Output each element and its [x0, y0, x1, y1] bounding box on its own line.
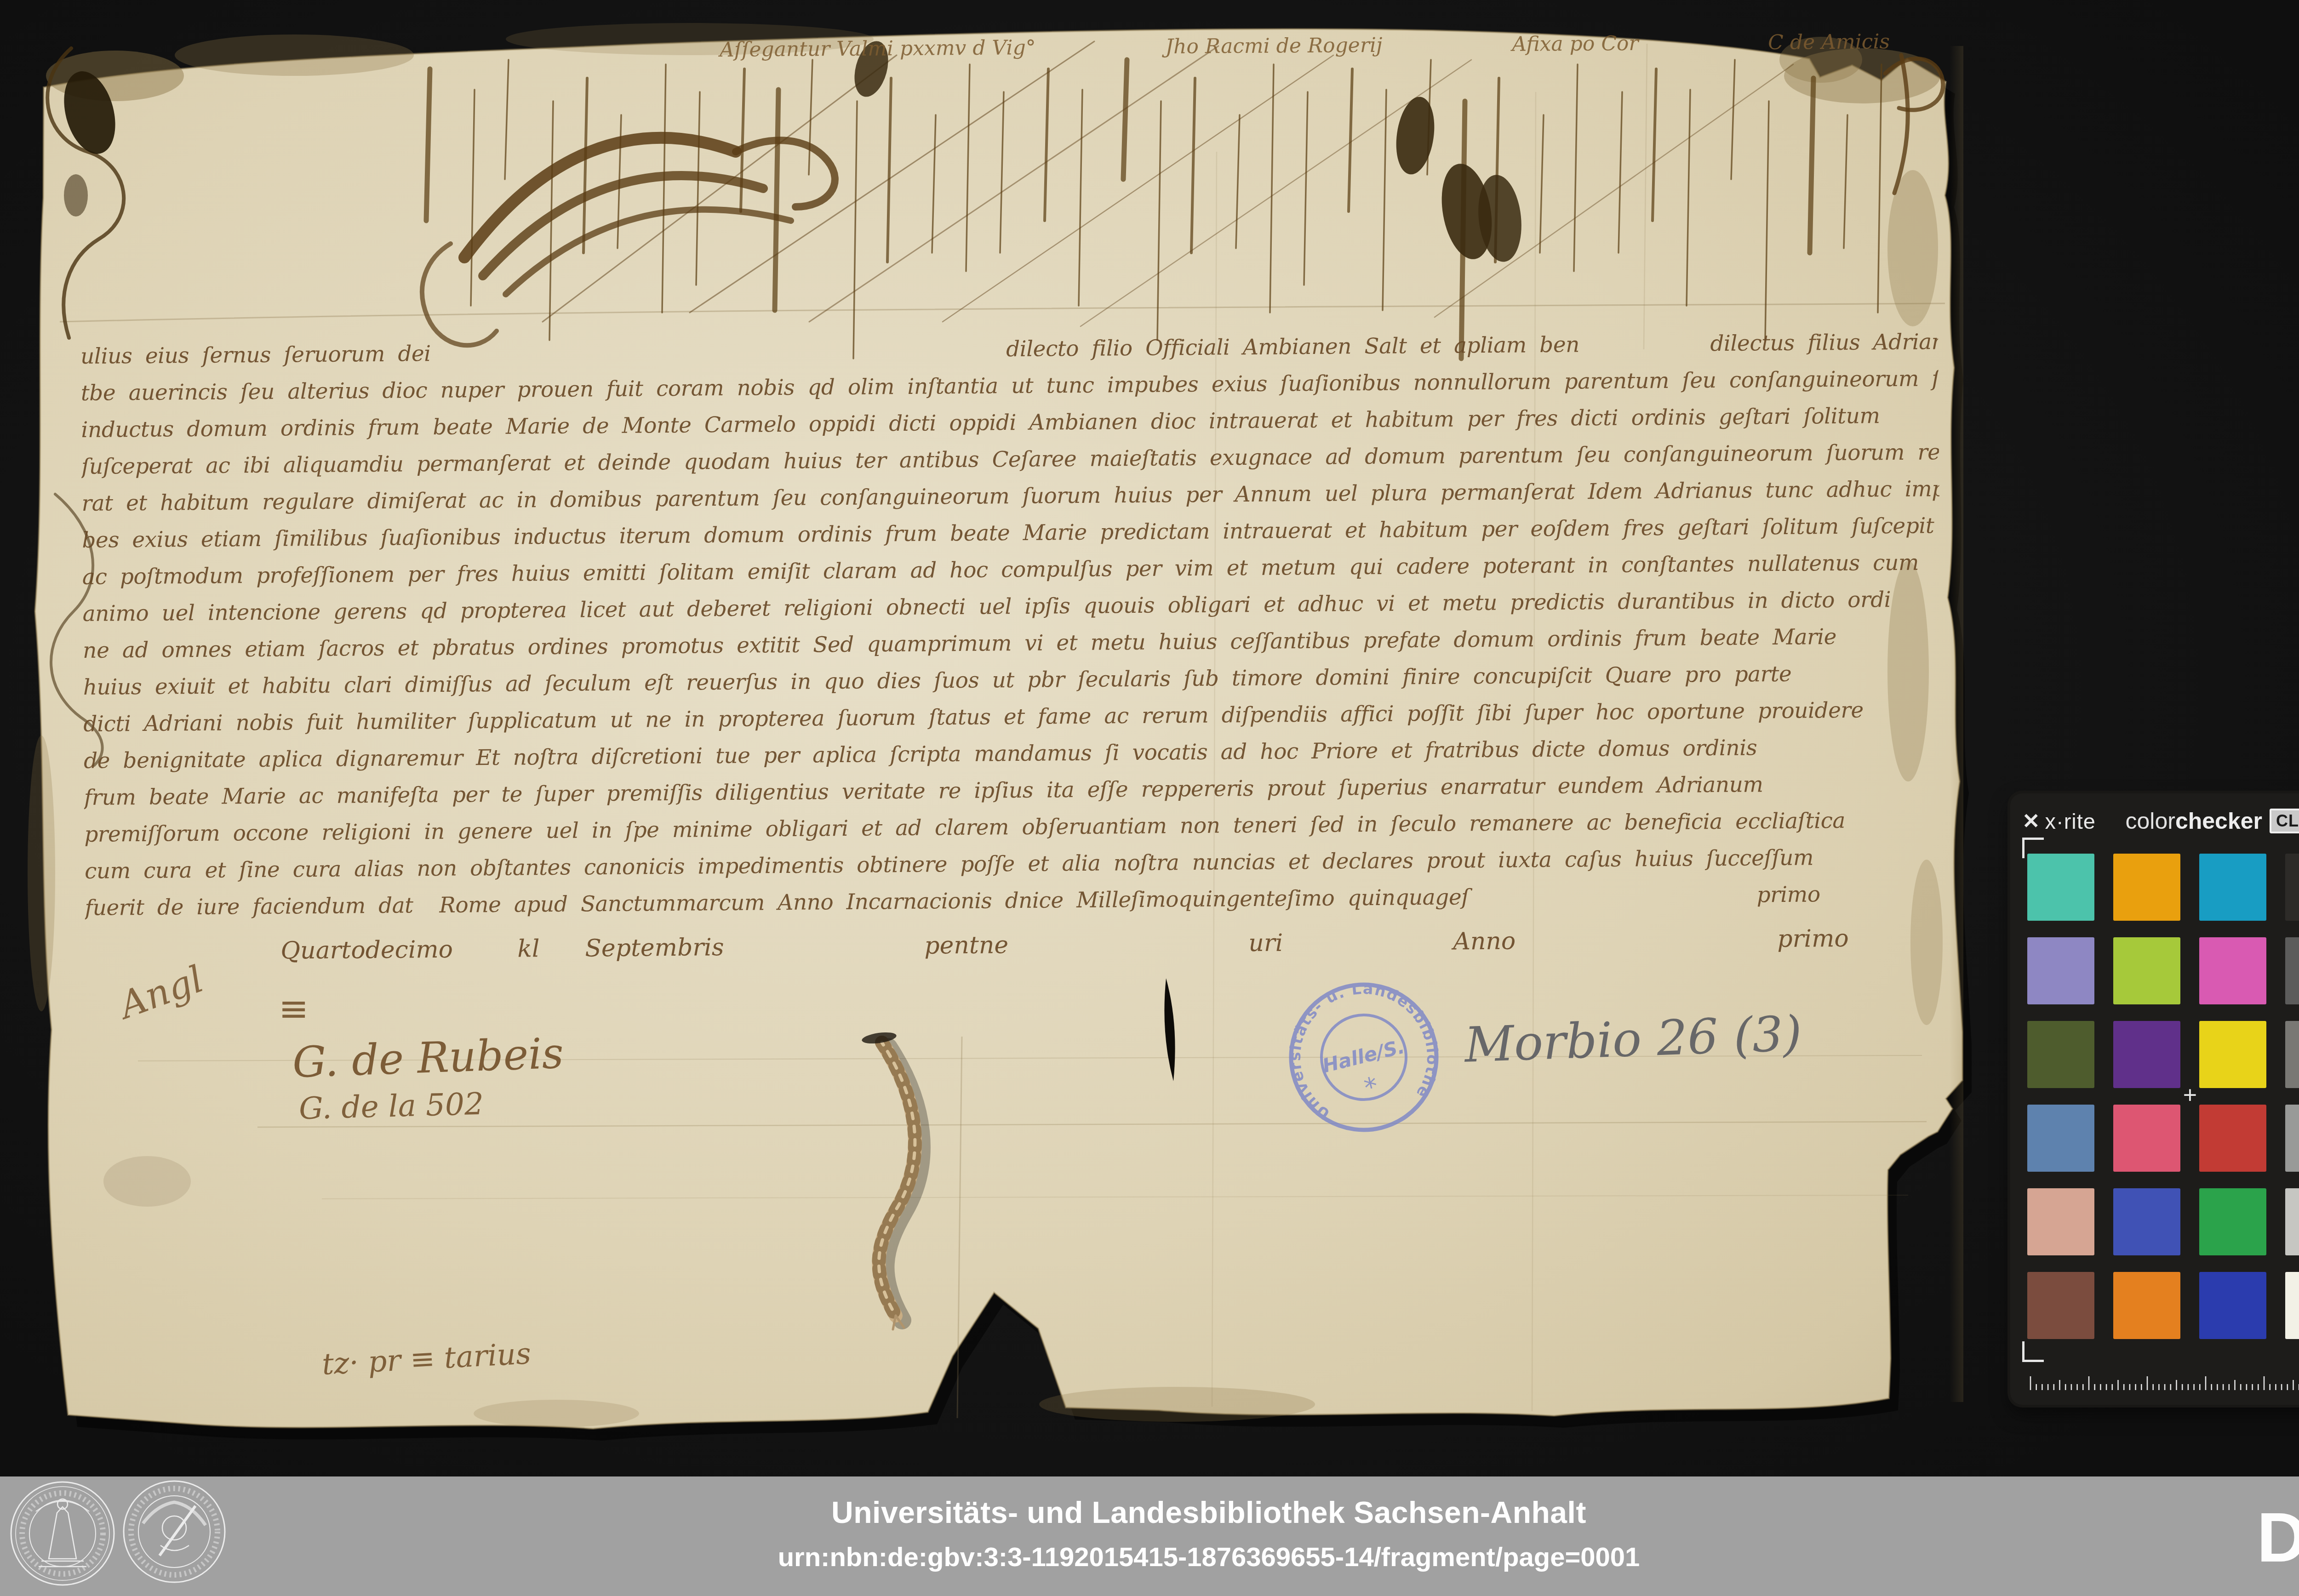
date-word: Anno	[1453, 928, 1516, 956]
digitized-charter-photo: Universitäts- u. Landesbibliothek Halle/…	[0, 0, 2299, 1596]
colorchecker-patch-r2c1	[2027, 937, 2094, 1004]
manuscript-line: de benignitate aplica dignaremur Et noſt…	[84, 735, 1757, 774]
center-cross-mark: +	[2179, 1084, 2202, 1107]
title-color: color	[2126, 808, 2175, 834]
date-word: uri	[1248, 929, 1283, 958]
manuscript-line: animo uel intencione gerens qd propterea…	[82, 587, 1891, 627]
xrite-brand-text: x·rite	[2045, 809, 2096, 834]
manuscript-line: ac poſtmodum profeſſionem per fres huius…	[82, 550, 1919, 590]
colorchecker-patch-r5c4	[2285, 1188, 2299, 1255]
shelfmark: Morbio 26 (3)	[1464, 1005, 1803, 1073]
colorchecker-patch-r1c3	[2199, 854, 2266, 921]
manuscript-line: premiſſorum occone religioni in genere u…	[84, 808, 1845, 847]
colorchecker-patch-r3c3	[2199, 1021, 2266, 1088]
colorchecker-patch-r6c2	[2113, 1272, 2180, 1339]
library-name: Universitäts- und Landesbibliothek Sachs…	[0, 1495, 2299, 1530]
colorchecker-patch-r1c1	[2027, 854, 2094, 921]
manuscript-line: cum cura et ſine cura alias non obſtante…	[85, 845, 1813, 884]
manuscript-line: ſuſceperat ac ibi aliquamdiu permanſerat…	[81, 439, 1943, 479]
colorchecker-patch-r6c3	[2199, 1272, 2266, 1339]
colorchecker-patch-r4c2	[2113, 1105, 2180, 1172]
xrite-x-icon: ✕	[2022, 809, 2041, 833]
manuscript-line: frum beate Marie ac manifeſta per te ſup…	[84, 772, 1763, 810]
colorchecker-patch-r3c2	[2113, 1021, 2180, 1088]
manuscript-line: fuerit de iure faciendum dat Rome apud S…	[85, 882, 1820, 921]
manuscript-line: rat et habitum regulare dimiſerat ac in …	[82, 476, 1944, 516]
manuscript-text-block: ulius eius ſernus ſeruorum dei dilecto f…	[80, 329, 1943, 997]
colorchecker-patch-r4c1	[2027, 1105, 2094, 1172]
date-word: Quartodecimo	[280, 936, 453, 965]
urn-identifier: urn:nbn:de:gbv:3:3-1192015415-1876369655…	[0, 1542, 2299, 1573]
annotation-segment: Afixa po Cor	[1512, 32, 1639, 56]
date-word: Septembris	[585, 934, 724, 962]
date-word: pentne	[924, 931, 1008, 959]
signature-rubeis: G. de Rubeis	[292, 1029, 564, 1088]
colorchecker-patch-r5c2	[2113, 1188, 2180, 1255]
colorchecker-title: colorchecker	[2126, 808, 2262, 834]
manuscript-line: bes exius etiam ſimilibus ſuaſionibus in…	[82, 513, 1934, 553]
colorchecker-patch-r5c1	[2027, 1188, 2094, 1255]
dfg-logo: DFG	[2257, 1498, 2299, 1578]
colorchecker-patch-r2c2	[2113, 937, 2180, 1004]
classic-badge: CLASSIC	[2270, 809, 2299, 833]
colorchecker-card: ✕ x·rite colorchecker CLASSIC + mm	[2010, 793, 2299, 1405]
annotation-segment: C de Amicis	[1768, 30, 1890, 54]
tally-mark: ≡	[279, 988, 309, 1030]
crop-mark-bl	[2022, 1341, 2044, 1362]
colorchecker-patch-r4c3	[2199, 1105, 2266, 1172]
colorchecker-patch-r1c4	[2285, 854, 2299, 921]
xrite-logo: ✕ x·rite	[2022, 809, 2096, 834]
colorchecker-header: ✕ x·rite colorchecker CLASSIC	[2010, 806, 2299, 836]
colorchecker-patch-r3c1	[2027, 1021, 2094, 1088]
date-word: primo	[1777, 925, 1849, 953]
manuscript-line: huius exiuit et habitu clari dimiſſus ad…	[83, 661, 1792, 700]
mm-ruler	[2029, 1371, 2299, 1391]
crop-mark-tl	[2022, 838, 2044, 858]
colorchecker-patch-r2c3	[2199, 937, 2266, 1004]
colorchecker-patch-r5c3	[2199, 1188, 2266, 1255]
colorchecker-patch-r4c4	[2285, 1105, 2299, 1172]
colorchecker-patch-r1c2	[2113, 854, 2180, 921]
annotation-segment: Jho Racmi de Rogerij	[1165, 34, 1382, 58]
colorchecker-patch-r6c4	[2285, 1272, 2299, 1339]
footer-bar: Universitäts- und Landesbibliothek Sachs…	[0, 1476, 2299, 1596]
annotation-segment: Aſſegantur Valmi pxxmv d Vig°	[720, 36, 1036, 62]
colorchecker-patch-r6c1	[2027, 1272, 2094, 1339]
manuscript-line: tbe auerincis ſeu alterius dioc nuper pr…	[81, 365, 1943, 406]
title-checker: checker	[2175, 808, 2262, 834]
colorchecker-patch-r2c4	[2285, 937, 2299, 1004]
date-word: kl	[517, 935, 540, 963]
manuscript-line: ne ad omnes etiam ſacros et pbratus ordi…	[83, 624, 1836, 663]
colorchecker-patch-r3c4	[2285, 1021, 2299, 1088]
manuscript-line: inductus domum ordinis frum beate Marie …	[81, 403, 1880, 443]
signature-dela: G. de la 502	[298, 1086, 484, 1126]
manuscript-line: dicti Adriani nobis fuit humiliter ſuppl…	[83, 698, 1864, 737]
